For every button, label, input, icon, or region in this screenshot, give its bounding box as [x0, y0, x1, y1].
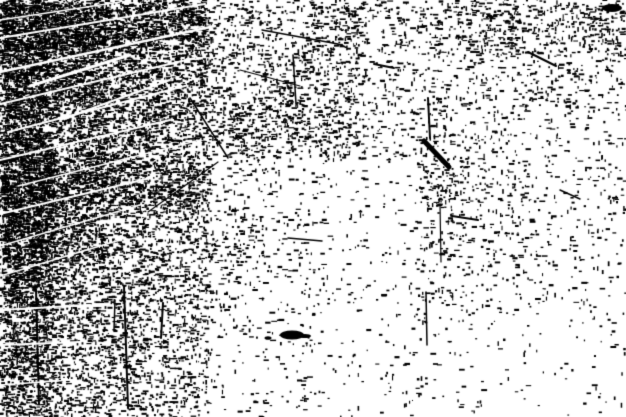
grunge-texture-canvas	[0, 0, 626, 417]
page: { "image": { "kind": "grunge-distressed-…	[0, 0, 626, 417]
grunge-texture-image	[0, 0, 626, 417]
